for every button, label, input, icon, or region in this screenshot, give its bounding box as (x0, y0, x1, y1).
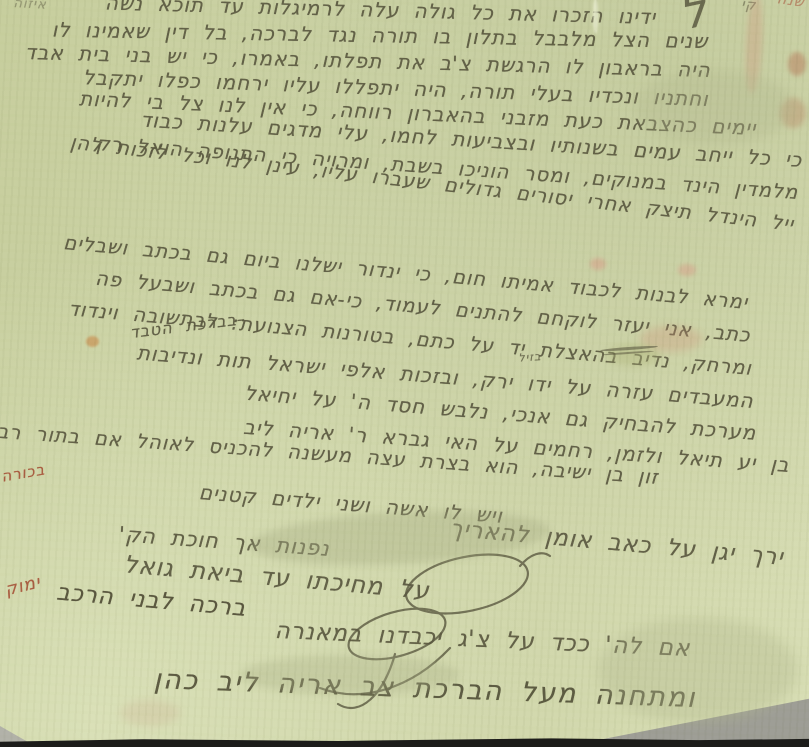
bleed-through-stain (600, 345, 658, 352)
bleed-through-stain (678, 264, 696, 276)
bleed-through-stain (780, 98, 806, 128)
handwritten-line: זון בן ישיבה, הוא בצרת עצה מעשנה להכניס … (0, 415, 659, 489)
scan-background-sliver (0, 726, 28, 742)
handwritten-line: ידינו הזכרו את כל גולה עלה לרמיגלות עד ת… (105, 0, 657, 29)
handwritten-line: ייל הינדל תיצק אחרי יסורים גדולים שעברו … (69, 131, 795, 236)
handwritten-line: וחתניו ונכדיו בעלי תורה, היה יתפללו עליו… (82, 65, 709, 111)
signature-line: ומתחנה מעל הברכת צב אריה ליב כהן (153, 664, 697, 714)
handwritten-line: מלמדין הינד במנוקים, ומסר הוניכו בשבת, ו… (95, 132, 799, 204)
bleed-through-stain (602, 350, 654, 356)
bleed-through-stain (240, 655, 460, 695)
bleed-through-stain (593, 0, 598, 34)
handwritten-line: בן יע תיאל ולזמן, רחמים על האי גברא ר' א… (242, 415, 790, 477)
margin-note-red: ימוק (3, 572, 43, 600)
handwritten-line: כי כל ייחב עמים בשנותיו ובצביעות לחמו, ע… (140, 108, 803, 172)
top-left-fragment: איזוה (13, 0, 47, 13)
bleed-through-stain (120, 700, 180, 726)
signature-flourish (292, 536, 572, 721)
bleed-through-stain (640, 326, 702, 352)
bleed-through-stain (743, 0, 764, 94)
handwritten-line: על מחיכתו עד ביאת גואל (123, 550, 431, 605)
margin-note: –בברכת הטבד (128, 309, 246, 342)
bleed-through-stain (635, 70, 795, 145)
interlinear-note: בזיל (518, 350, 542, 365)
handwritten-line: מערכת להבחיק גם אנכי, נלבש חסד ה' על יחי… (243, 381, 757, 445)
flourish-lamed: ל (674, 0, 712, 40)
handwritten-line: ומרחק, נדיב בהאצלת יד על כתם, בטורנות הצ… (68, 297, 753, 380)
bleed-through-stain (590, 258, 606, 270)
margin-note-red: בכורה (0, 460, 46, 485)
handwritten-line: ברכה לבני הרכב (55, 579, 247, 621)
top-fragment: קי (741, 0, 757, 14)
handwritten-line: ויש לו אשה ושני ילדים קטנים (198, 480, 504, 528)
letter-page: איזוהשנהלקיידינו הזכרו את כל גולה עלה לר… (0, 0, 809, 747)
handwritten-line: היה בראבון לו הרגשת צ'ב את תפלתו, באמרו,… (25, 40, 711, 82)
handwritten-line: נפנות אך חוכת הק' (118, 522, 331, 561)
bleed-through-stain (249, 504, 551, 572)
top-right-fragment: שנה (776, 0, 806, 11)
handwritten-line: ימרא לבנות לכבוד אמיתו חום, כי ינדור ישל… (62, 231, 749, 314)
bleed-through-stain (86, 336, 99, 347)
scan-background-wedge (588, 694, 809, 742)
handwritten-line: יימים כהצבאת כעת מזבני בהאברון רווחה, כי… (79, 86, 757, 140)
handwritten-line: אם לה' ככד על צ'ג יכבדנו במאנרה (274, 618, 691, 662)
bleed-through-stain (788, 52, 806, 76)
handwritten-line: ירך יגן על כאב אומן להאריך (449, 516, 785, 571)
bleed-through-stain (606, 344, 660, 366)
handwritten-line: כתב, אני יעזר לוקחם להתנים לעמוד, כי-אם … (94, 267, 751, 347)
handwritten-line: המעבדים עזרה על ידו ירק, ובזכות אלפי ישר… (136, 340, 755, 412)
handwritten-line: שנים הצל מלבבל בתלון בו תורה נגד לברכה, … (52, 18, 709, 53)
